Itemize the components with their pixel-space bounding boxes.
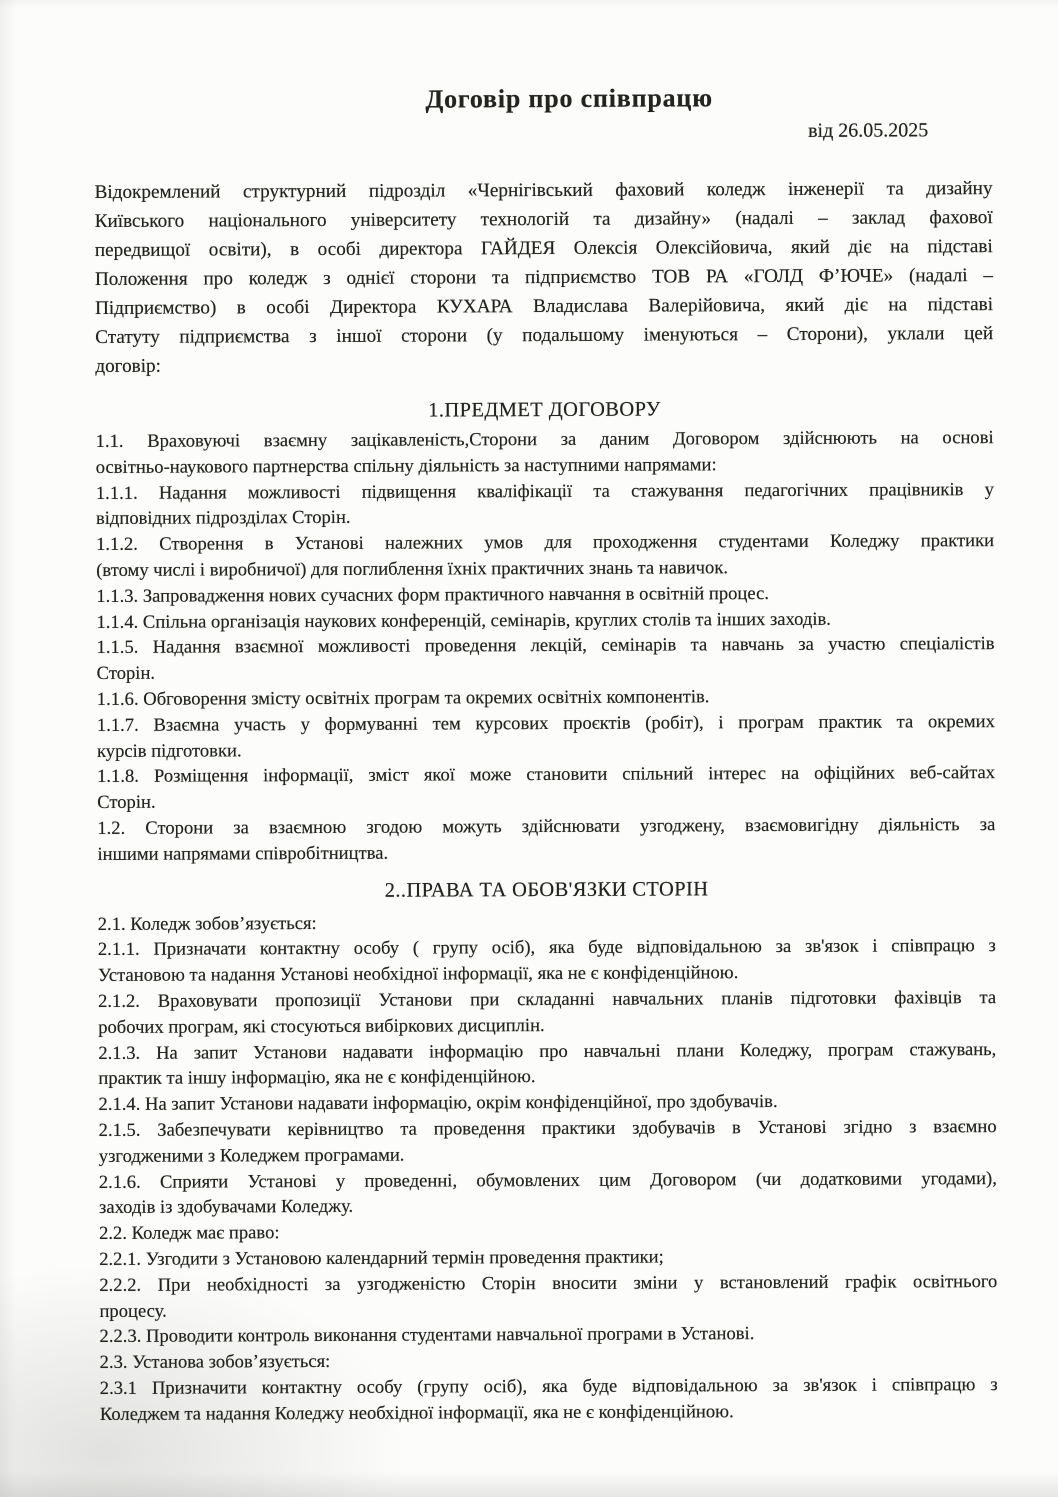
section-heading: 1.ПРЕДМЕТ ДОГОВОРУ <box>95 397 993 424</box>
contract-page: Договір про співпрацю від 26.05.2025 Від… <box>0 0 1058 1497</box>
contract-line: 2.3.1 Призначити контактну особу (групу … <box>100 1372 998 1402</box>
contract-line: 1.1. Враховуючі взаємну зацікавленість,С… <box>96 425 994 455</box>
contract-line: робочих програм, які стосуються вибірков… <box>98 1011 996 1041</box>
contract-line: Коледжем та надання Коледжу необхідної і… <box>100 1398 998 1428</box>
contract-content: Договір про співпрацю від 26.05.2025 Від… <box>94 82 998 1427</box>
contract-line: Відокремлений структурний підрозділ «Чер… <box>94 174 992 207</box>
contract-line: заходів із здобувачами Коледжу. <box>99 1191 997 1221</box>
document-title: Договір про співпрацю <box>94 82 992 116</box>
contract-line: 2.1.1. Призначати контактну особу ( груп… <box>98 933 996 963</box>
contract-line: Сторін. <box>97 657 995 687</box>
document-date: від 26.05.2025 <box>94 119 992 146</box>
contract-line: 1.1.6. Обговорення змісту освітніх прогр… <box>97 683 995 713</box>
contract-line: Установою та надання Установі необхідної… <box>98 959 996 989</box>
contract-line: Підприємство) в особі Директора КУХАРА В… <box>95 290 993 323</box>
contract-line: 2.2.2. При необхідності за узгодженістю … <box>99 1269 997 1299</box>
contract-line: 2.1.6. Сприяти Установі у проведенні, об… <box>99 1166 997 1196</box>
contract-line: Київського національного університету те… <box>95 203 993 236</box>
contract-line: 2.1.4. На запит Установи надавати інформ… <box>98 1088 996 1118</box>
contract-line: освітньо-наукового партнерства спільну д… <box>96 451 994 481</box>
intro-paragraph: Відокремлений структурний підрозділ «Чер… <box>94 174 993 381</box>
contract-line: 1.1.7. Взаємна участь у формуванні тем к… <box>97 709 995 739</box>
contract-line: 1.1.5. Надання взаємної можливості прове… <box>96 631 994 661</box>
contract-line: 2.1.2. Враховувати пропозиції Установи п… <box>98 985 996 1015</box>
contract-line: іншими напрямами співробітництва. <box>97 838 995 868</box>
contract-line: процесу. <box>99 1295 997 1325</box>
contract-line: передвищої освіти), в особі директора ГА… <box>95 232 993 265</box>
contract-line: 1.1.1. Надання можливості підвищення ква… <box>96 477 994 507</box>
contract-line: 1.1.2. Створення в Установі належних умо… <box>96 528 994 558</box>
contract-line: узгодженими з Коледжем програмами. <box>99 1140 997 1170</box>
section-1-body: 1.1. Враховуючі взаємну зацікавленість,С… <box>96 425 996 867</box>
contract-line: 1.1.8. Розміщення інформації, зміст якої… <box>97 760 995 790</box>
contract-line: відповідних підрозділах Сторін. <box>96 502 994 532</box>
contract-line: 2.1. Коледж зобов’язується: <box>98 908 996 938</box>
contract-line: (втому числі і виробничої) для поглиблен… <box>96 554 994 584</box>
contract-line: Сторін. <box>97 786 995 816</box>
contract-line: Статуту підприємства з іншої сторони (у … <box>95 319 993 352</box>
contract-line: 2.1.3. На запит Установи надавати інформ… <box>98 1037 996 1067</box>
contract-line: 1.1.3. Запровадження нових сучасних форм… <box>96 580 994 610</box>
contract-line: Положення про коледж з однієї сторони та… <box>95 261 993 294</box>
contract-line: практик та іншу інформацію, яка не є кон… <box>98 1062 996 1092</box>
contract-line: 1.2. Сторони за взаємною згодою можуть з… <box>97 812 995 842</box>
section-heading: 2..ПРАВА ТА ОБОВ'ЯЗКИ СТОРІН <box>98 877 996 904</box>
contract-line: 1.1.4. Спільна організація наукових конф… <box>96 606 994 636</box>
section-2-body: 2.1. Коледж зобов’язується: 2.1.1. Призн… <box>98 908 998 1428</box>
contract-line: 2.3. Установа зобов’язується: <box>100 1346 998 1376</box>
contract-line: 2.1.5. Забезпечувати керівництво та пров… <box>99 1114 997 1144</box>
contract-line: 2.2. Коледж має право: <box>99 1217 997 1247</box>
contract-line: курсів підготовки. <box>97 735 995 765</box>
contract-line: договір: <box>95 348 993 381</box>
contract-line: 2.2.3. Проводити контроль виконання студ… <box>99 1320 997 1350</box>
contract-line: 2.2.1. Узгодити з Установою календарний … <box>99 1243 997 1273</box>
